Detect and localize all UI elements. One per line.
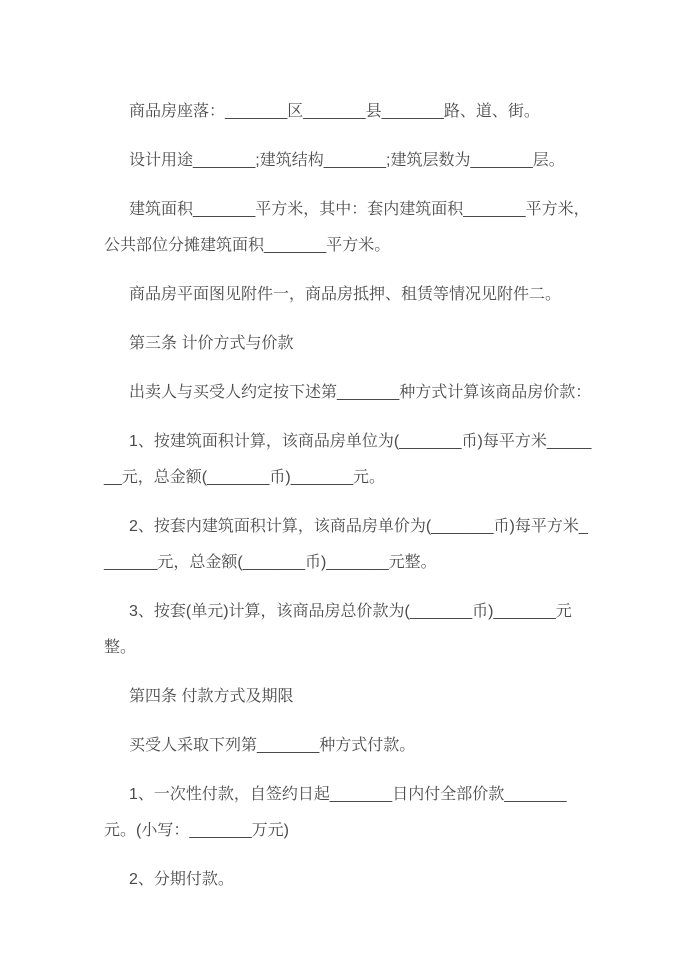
clause-payment-option-2-installments: 2、分期付款。 — [104, 862, 594, 898]
clause-attachments-note: 商品房平面图见附件一，商品房抵押、租赁等情况见附件二。 — [104, 277, 594, 313]
contract-document-page: 商品房座落：_______区_______县_______路、道、街。 设计用途… — [0, 0, 690, 976]
clause-building-area: 建筑面积_______平方米，其中：套内建筑面积_______平方米，公共部位分… — [104, 192, 594, 264]
clause-payment-method-intro: 买受人采取下列第_______种方式付款。 — [104, 728, 594, 764]
section-heading-article-4-payment: 第四条 付款方式及期限 — [104, 679, 594, 715]
clause-house-location: 商品房座落：_______区_______县_______路、道、街。 — [104, 94, 594, 130]
clause-design-purpose-structure: 设计用途_______;建筑结构_______;建筑层数为_______层。 — [104, 143, 594, 179]
clause-pricing-option-2-by-interior-area: 2、按套内建筑面积计算，该商品房单价为(_______币)每平方米_______… — [104, 509, 594, 581]
section-heading-article-3-pricing: 第三条 计价方式与价款 — [104, 326, 594, 362]
clause-payment-option-1-lump-sum: 1、一次性付款，自签约日起_______日内付全部价款_______元。(小写：… — [104, 777, 594, 849]
clause-pricing-option-3-by-unit: 3、按套(单元)计算，该商品房总价款为(_______币)_______元整。 — [104, 594, 594, 666]
clause-pricing-method-intro: 出卖人与买受人约定按下述第_______种方式计算该商品房价款： — [104, 375, 594, 411]
clause-pricing-option-1-by-building-area: 1、按建筑面积计算，该商品房单位为(_______币)每平方米_______元，… — [104, 424, 594, 496]
